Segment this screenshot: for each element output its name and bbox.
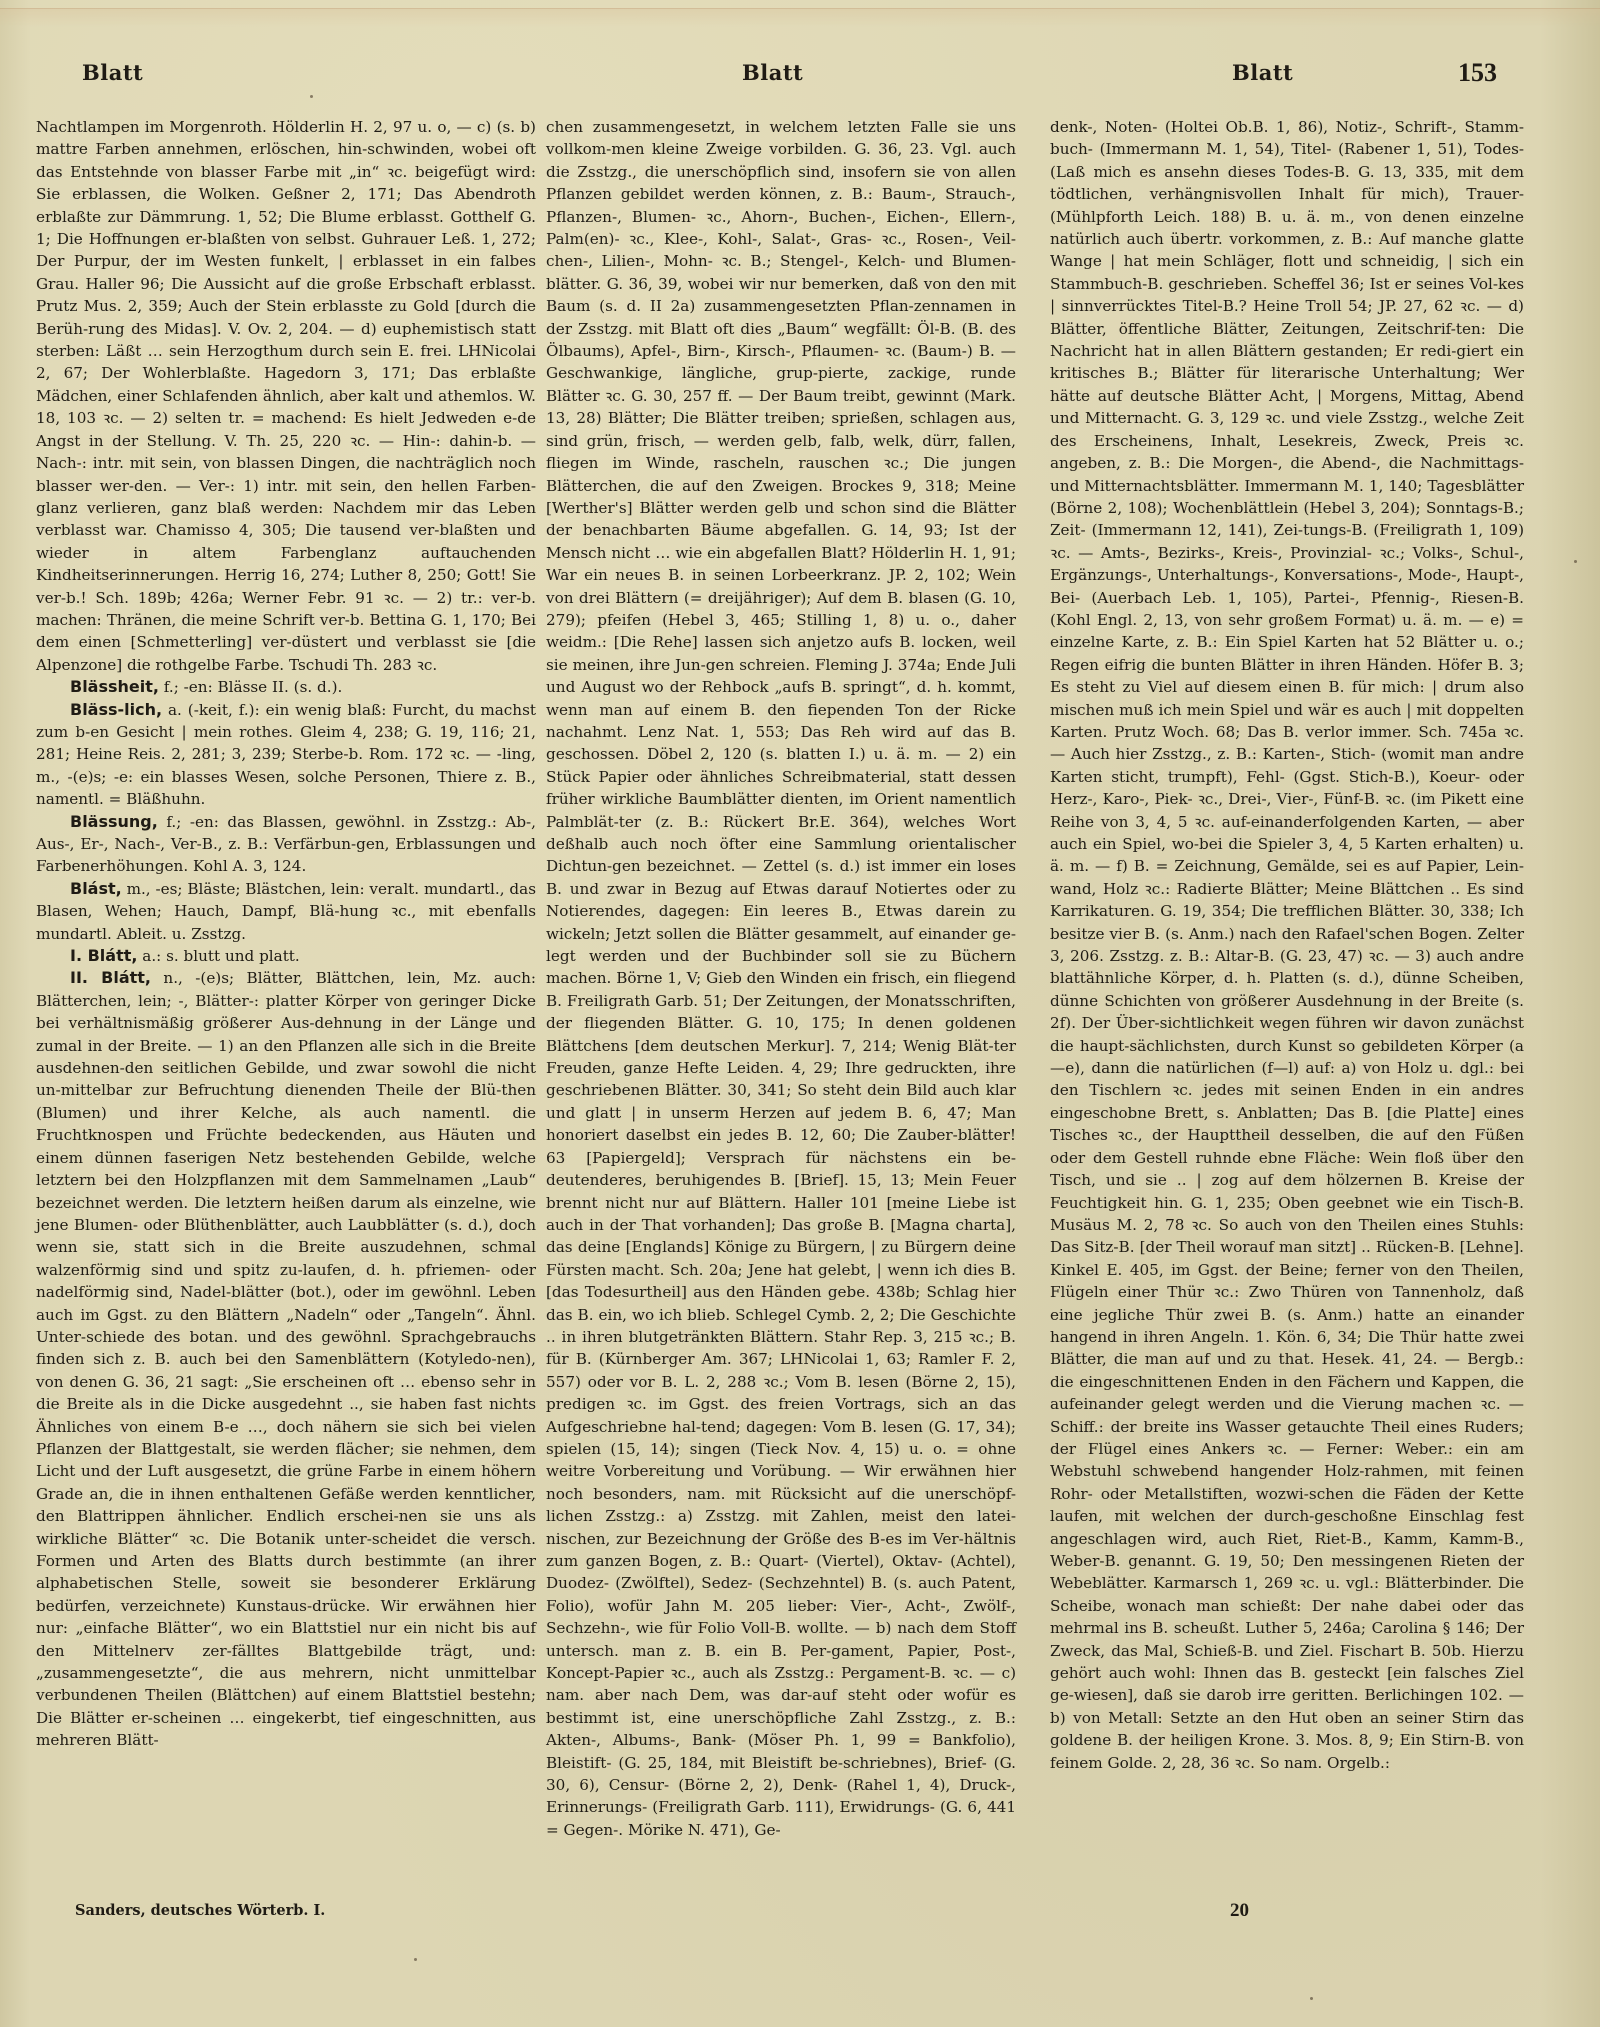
page-number: 153 — [1458, 58, 1497, 88]
printer-signature: Sanders, deutsches Wörterb. I. — [75, 1902, 325, 1919]
text-column-1: Nachtlampen im Morgenroth. Hölderlin H. … — [36, 116, 536, 1752]
signature-number: 20 — [1230, 1900, 1249, 1922]
entry-headword: Blässheit, — [70, 677, 159, 696]
entry-headword: Blást, — [70, 879, 122, 898]
entry-headword: II. Blátt, — [70, 968, 151, 987]
entry-body: a.: s. blutt und platt. — [137, 947, 299, 965]
dictionary-entry: Blässung, f.; -en: das Blassen, gewöhnl.… — [36, 811, 536, 878]
entry-body: f.; -en: Blässe II. (s. d.). — [159, 678, 342, 696]
dictionary-entry: Bläss-lich, a. (-keit, f.): ein wenig bl… — [36, 699, 536, 811]
paper-speck — [310, 95, 313, 98]
page-top-edge — [0, 8, 1600, 27]
continued-paragraph: Nachtlampen im Morgenroth. Hölderlin H. … — [36, 116, 536, 676]
dictionary-entry: Blást, m., -es; Bläste; Blästchen, lein:… — [36, 878, 536, 945]
running-head-right: Blatt — [1232, 60, 1293, 85]
dictionary-entry: I. Blátt, a.: s. blutt und platt. — [36, 945, 536, 967]
paper-speck — [1574, 560, 1577, 563]
continued-paragraph: chen zusammengesetzt, in welchem letzten… — [546, 116, 1016, 1841]
text-column-3: denk-, Noten- (Holtei Ob.B. 1, 86), Noti… — [1050, 116, 1524, 1774]
paper-speck — [414, 1958, 417, 1961]
paper-speck — [1310, 1997, 1313, 2000]
dictionary-entry: Blässheit, f.; -en: Blässe II. (s. d.). — [36, 676, 536, 698]
entry-headword: I. Blátt, — [70, 946, 137, 965]
entry-body: n., -(e)s; Blätter, Blättchen, lein, Mz.… — [36, 969, 536, 1749]
entry-headword: Bläss-lich, — [70, 700, 162, 719]
running-head-left: Blatt — [82, 60, 143, 85]
dictionary-entry: II. Blátt, n., -(e)s; Blätter, Blättchen… — [36, 967, 536, 1751]
running-head-center: Blatt — [742, 60, 803, 85]
continued-paragraph: denk-, Noten- (Holtei Ob.B. 1, 86), Noti… — [1050, 116, 1524, 1774]
entry-headword: Blässung, — [70, 812, 158, 831]
text-column-2: chen zusammengesetzt, in welchem letzten… — [546, 116, 1016, 1841]
